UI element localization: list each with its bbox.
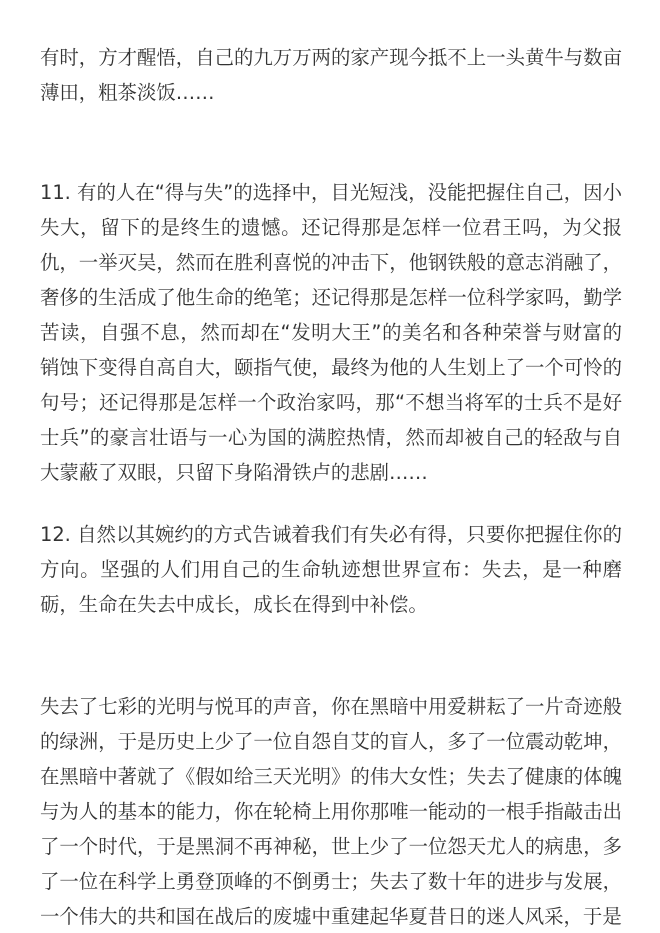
paragraph-12: 12. 自然以其婉约的方式告诫着我们有失必有得，只要你把握住你的方向。坚强的人们… (40, 517, 622, 622)
paragraph-loss: 失去了七彩的光明与悦耳的声音，你在黑暗中用爱耕耘了一片奇迹般的绿洲，于是历史上少… (40, 689, 622, 933)
paragraph-11: 11. 有的人在“得与失”的选择中，目光短浅，没能把握住自己，因小失大，留下的是… (40, 175, 622, 490)
paragraph-intro: 有时，方才醒悟，自己的九万万两的家产现今抵不上一头黄牛与数亩薄田，粗茶淡饭…… (40, 40, 622, 110)
